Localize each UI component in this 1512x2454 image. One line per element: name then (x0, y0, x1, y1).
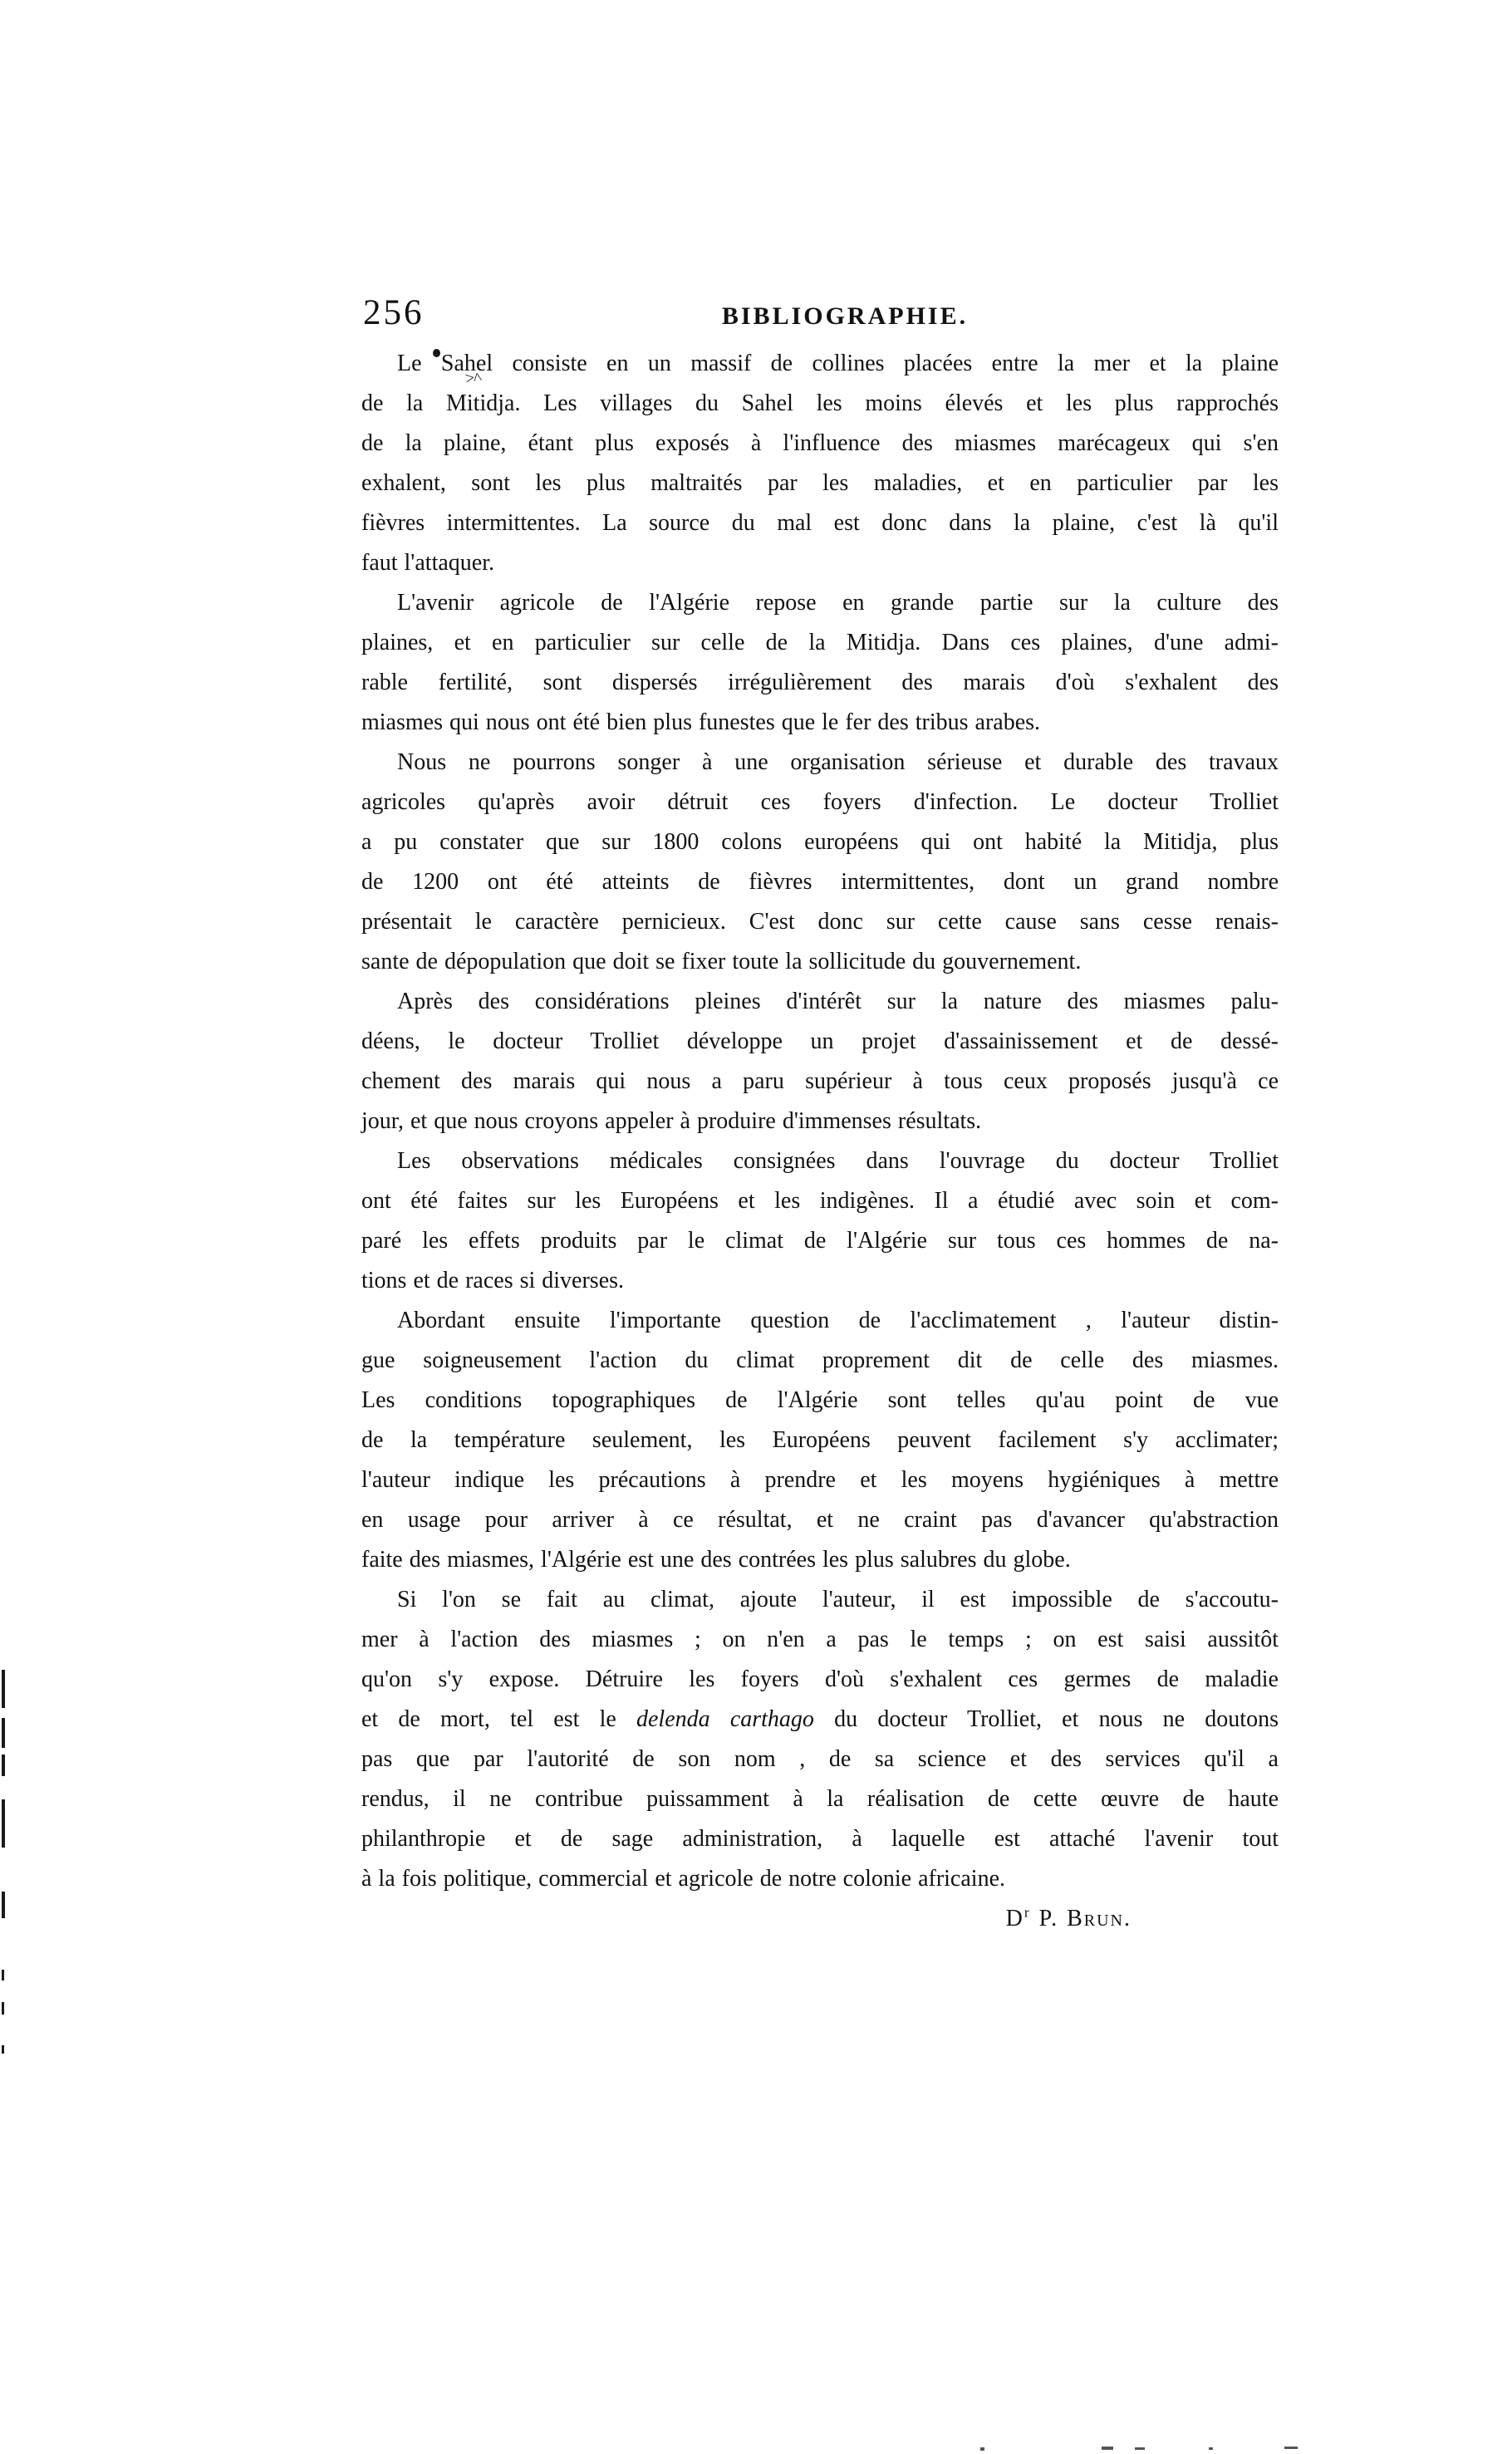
text-line: agricoles qu'après avoir détruit ces foy… (361, 783, 1279, 822)
text-line: Les observations médicales consignées da… (361, 1141, 1279, 1181)
signature-name: P. Brun. (1031, 1906, 1132, 1931)
text-line: tions et de races si diverses. (361, 1261, 1279, 1301)
page-header: 256 BIBLIOGRAPHIE. (361, 292, 1279, 339)
text-line: à la fois politique, commercial et agric… (361, 1859, 1279, 1899)
paragraph: Le Sahel consiste en un massif de collin… (361, 344, 1279, 583)
text-line: jour, et que nous croyons appeler à prod… (361, 1102, 1279, 1141)
text-line: rable fertilité, sont dispersés irréguli… (361, 663, 1279, 703)
bottom-scan-speck (1102, 2447, 1113, 2450)
bottom-scan-speck (1209, 2447, 1213, 2450)
paragraph: Les observations médicales consignées da… (361, 1141, 1279, 1301)
left-margin-scan-mark (2, 1755, 5, 1776)
bottom-scan-speck (980, 2447, 984, 2451)
italic-phrase: delenda carthago (636, 1706, 814, 1732)
text-line: a pu constater que sur 1800 colons europ… (361, 822, 1279, 862)
page-number: 256 (363, 292, 425, 333)
text-line: faite des miasmes, l'Algérie est une des… (361, 1540, 1279, 1580)
text-line: pas que par l'autorité de son nom , de s… (361, 1740, 1279, 1779)
text-line: de la température seulement, les Europée… (361, 1421, 1279, 1460)
text-line: plaines, et en particulier sur celle de … (361, 623, 1279, 663)
text-line: chement des marais qui nous a paru supér… (361, 1062, 1279, 1102)
running-title: BIBLIOGRAPHIE. (361, 292, 1279, 331)
text-line: en usage pour arriver à ce résultat, et … (361, 1500, 1279, 1540)
signature-superscript: r (1024, 1905, 1031, 1921)
text-line: sante de dépopulation que doit se fixer … (361, 942, 1279, 982)
text-line: mer à l'action des miasmes ; on n'en a p… (361, 1620, 1279, 1660)
paragraph: Après des considérations pleines d'intér… (361, 982, 1279, 1141)
text-line: et de mort, tel est le delenda carthago … (361, 1700, 1279, 1740)
author-signature: Dr P. Brun. (361, 1899, 1279, 1939)
text-line: Le Sahel consiste en un massif de collin… (361, 344, 1279, 384)
bottom-scan-speck (1284, 2447, 1298, 2449)
left-margin-scan-mark (2, 1892, 5, 1918)
left-margin-scan-mark (2, 1718, 5, 1748)
text-line: présentait le caractère pernicieux. C'es… (361, 902, 1279, 942)
body-text: Le Sahel consiste en un massif de collin… (361, 344, 1279, 1939)
text-line: Si l'on se fait au climat, ajoute l'aute… (361, 1580, 1279, 1620)
text-line: Nous ne pourrons songer à une organisati… (361, 743, 1279, 783)
text-line: paré les effets produits par le climat d… (361, 1221, 1279, 1261)
signature-initial: D (1006, 1906, 1024, 1931)
text-line: Les conditions topographiques de l'Algér… (361, 1381, 1279, 1421)
left-margin-scan-mark (2, 2002, 4, 2015)
text-segment: du docteur Trolliet, et nous ne doutons (814, 1706, 1279, 1732)
text-line: ont été faites sur les Européens et les … (361, 1181, 1279, 1221)
text-line: rendus, il ne contribue puissamment à la… (361, 1779, 1279, 1819)
left-margin-scan-mark (2, 1970, 4, 1980)
paragraph: L'avenir agricole de l'Algérie repose en… (361, 583, 1279, 743)
text-line: L'avenir agricole de l'Algérie repose en… (361, 583, 1279, 623)
text-segment: et de mort, tel est le (361, 1706, 636, 1732)
text-line: exhalent, sont les plus maltraités par l… (361, 464, 1279, 503)
text-line: gue soigneusement l'action du climat pro… (361, 1341, 1279, 1381)
text-line: l'auteur indique les précautions à prend… (361, 1460, 1279, 1500)
text-line: faut l'attaquer. (361, 543, 1279, 583)
text-line: déens, le docteur Trolliet développe un … (361, 1022, 1279, 1062)
left-margin-scan-mark (2, 2045, 4, 2054)
text-line: de la Mitidja. Les villages du Sahel les… (361, 384, 1279, 424)
left-margin-scan-mark (2, 1670, 5, 1708)
paragraph: Nous ne pourrons songer à une organisati… (361, 743, 1279, 982)
paragraph: Abordant ensuite l'importante question d… (361, 1301, 1279, 1580)
paragraph: Si l'on se fait au climat, ajoute l'aute… (361, 1580, 1279, 1899)
bottom-scan-speck (1135, 2447, 1145, 2450)
text-line: Abordant ensuite l'importante question d… (361, 1301, 1279, 1341)
text-line: de la plaine, étant plus exposés à l'inf… (361, 424, 1279, 464)
text-line: fièvres intermittentes. La source du mal… (361, 503, 1279, 543)
text-line: de 1200 ont été atteints de fièvres inte… (361, 862, 1279, 902)
text-line: qu'on s'y expose. Détruire les foyers d'… (361, 1660, 1279, 1700)
scanned-book-page: 256 BIBLIOGRAPHIE. ˃˄ Le Sahel consiste … (0, 0, 1512, 2454)
left-margin-scan-mark (2, 1799, 5, 1848)
text-line: miasmes qui nous ont été bien plus funes… (361, 703, 1279, 743)
text-line: Après des considérations pleines d'intér… (361, 982, 1279, 1022)
text-line: philanthropie et de sage administration,… (361, 1819, 1279, 1859)
